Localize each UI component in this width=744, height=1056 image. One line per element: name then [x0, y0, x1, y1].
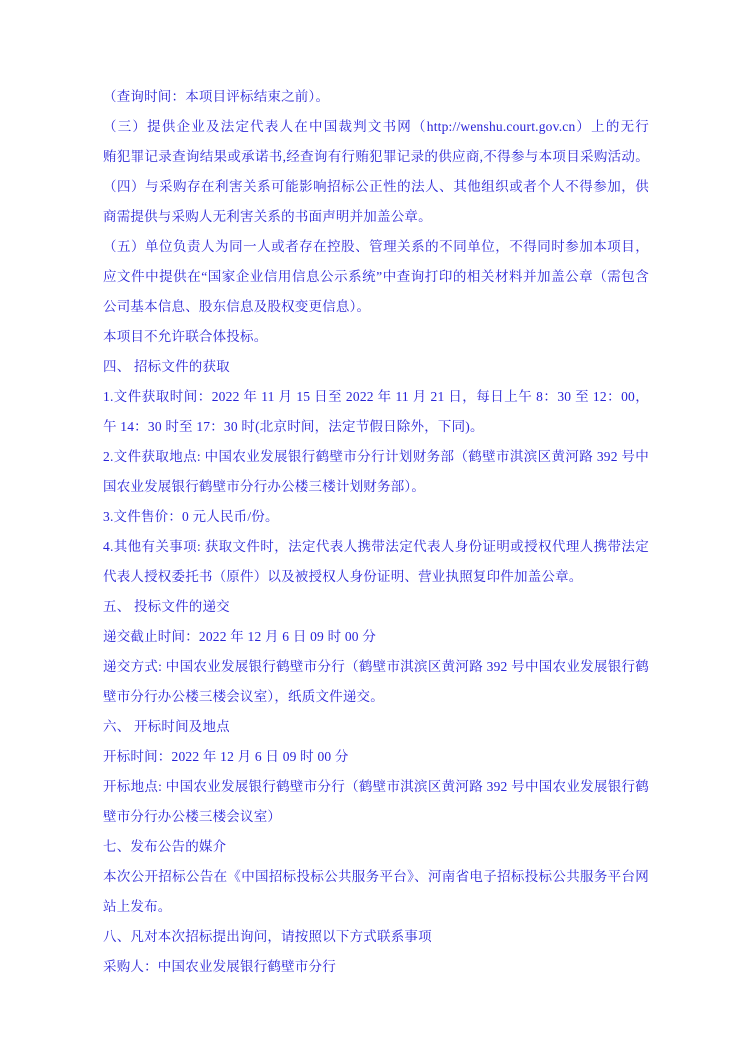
text-line: 开标地点: 中国农业发展银行鹤壁市分行（鹤壁市淇滨区黄河路 392 号中国农业发… — [103, 772, 649, 802]
text-line: 代表人授权委托书（原件）以及被授权人身份证明、营业执照复印件加盖公章。 — [103, 562, 649, 592]
text-line: 午 14：30 时至 17：30 时(北京时间，法定节假日除外，下同)。 — [103, 412, 649, 442]
text-line: 公司基本信息、股东信息及股权变更信息）。 — [103, 292, 649, 322]
text-line: 采购人：中国农业发展银行鹤壁市分行 — [103, 952, 649, 982]
document-page: （查询时间：本项目评标结束之前）。 （三）提供企业及法定代表人在中国裁判文书网（… — [0, 0, 744, 1056]
text-line: （查询时间：本项目评标结束之前）。 — [103, 82, 649, 112]
text-line: 开标时间：2022 年 12 月 6 日 09 时 00 分 — [103, 742, 649, 772]
section-heading-7: 七、发布公告的媒介 — [103, 832, 649, 862]
text-line: （五）单位负责人为同一人或者存在控股、管理关系的不同单位，不得同时参加本项目，响 — [103, 232, 649, 262]
text-line: 3.文件售价：0 元人民币/份。 — [103, 502, 649, 532]
text-line: （三）提供企业及法定代表人在中国裁判文书网（http://wenshu.cour… — [103, 112, 649, 142]
text-line: 4.其他有关事项: 获取文件时，法定代表人携带法定代表人身份证明或授权代理人携带… — [103, 532, 649, 562]
text-line: 本项目不允许联合体投标。 — [103, 322, 649, 352]
text-line: 1.文件获取时间：2022 年 11 月 15 日至 2022 年 11 月 2… — [103, 382, 649, 412]
text-line: 2.文件获取地点: 中国农业发展银行鹤壁市分行计划财务部（鹤壁市淇滨区黄河路 3… — [103, 442, 649, 472]
section-heading-8: 八、凡对本次招标提出询问，请按照以下方式联系事项 — [103, 922, 649, 952]
text-line: 国农业发展银行鹤壁市分行办公楼三楼计划财务部）。 — [103, 472, 649, 502]
text-line: 贿犯罪记录查询结果或承诺书,经查询有行贿犯罪记录的供应商,不得参与本项目采购活动… — [103, 142, 649, 172]
text-line: 应文件中提供在“国家企业信用信息公示系统”中查询打印的相关材料并加盖公章（需包含 — [103, 262, 649, 292]
section-heading-5: 五、 投标文件的递交 — [103, 592, 649, 622]
document-text-block: （查询时间：本项目评标结束之前）。 （三）提供企业及法定代表人在中国裁判文书网（… — [103, 82, 649, 982]
text-line: 商需提供与采购人无利害关系的书面声明并加盖公章。 — [103, 202, 649, 232]
text-line: 递交截止时间：2022 年 12 月 6 日 09 时 00 分 — [103, 622, 649, 652]
text-line: 递交方式: 中国农业发展银行鹤壁市分行（鹤壁市淇滨区黄河路 392 号中国农业发… — [103, 652, 649, 682]
section-heading-4: 四、 招标文件的获取 — [103, 352, 649, 382]
text-line: 站上发布。 — [103, 892, 649, 922]
text-line: 本次公开招标公告在《中国招标投标公共服务平台》、河南省电子招标投标公共服务平台网 — [103, 862, 649, 892]
text-line: （四）与采购存在利害关系可能影响招标公正性的法人、其他组织或者个人不得参加，供应 — [103, 172, 649, 202]
text-line: 壁市分行办公楼三楼会议室），纸质文件递交。 — [103, 682, 649, 712]
text-line: 壁市分行办公楼三楼会议室） — [103, 802, 649, 832]
section-heading-6: 六、 开标时间及地点 — [103, 712, 649, 742]
